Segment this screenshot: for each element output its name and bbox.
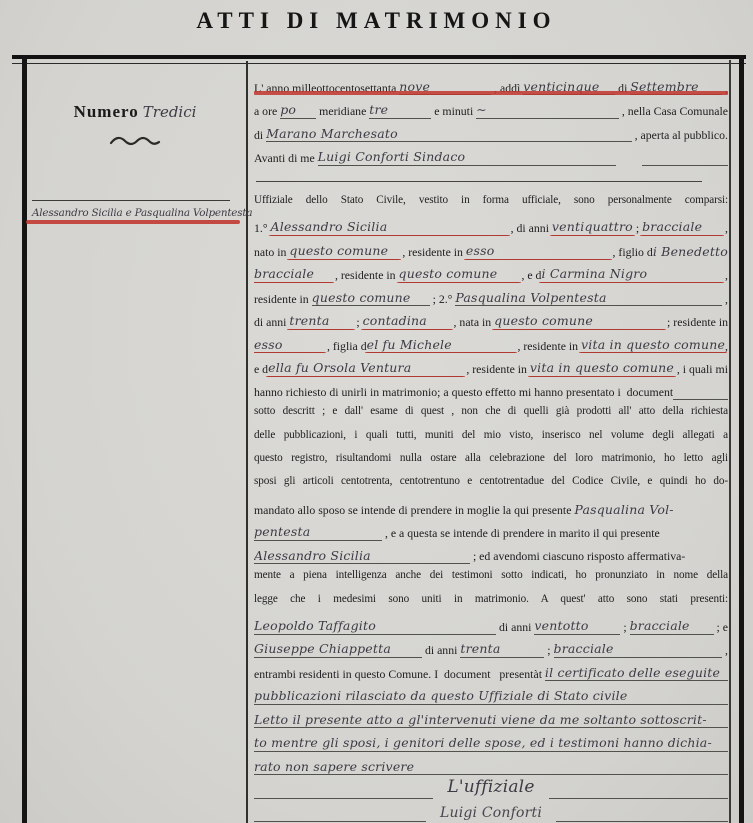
handwritten-text: L'uffiziale <box>433 777 548 798</box>
column-divider <box>246 61 248 823</box>
printed-text: ; <box>544 643 553 658</box>
frame-left-border <box>22 55 27 823</box>
form-line: e della fu Orsola Ventura , residente in… <box>254 353 728 376</box>
scanned-document-page: ATTI DI MATRIMONIO NumeroTredici Alessan… <box>0 0 753 823</box>
document-body: L' anno milleottocentosettanta nove , ad… <box>254 72 728 822</box>
printed-text: , <box>722 221 728 236</box>
form-line: to mentre gli sposi, i genitori delle sp… <box>254 728 728 751</box>
handwritten-text: contadina <box>363 313 451 330</box>
form-line: Avanti di me Luigi Conforti Sindaco <box>254 142 728 165</box>
form-line: di anni trenta ; contadina , nata in que… <box>254 306 728 329</box>
frame-right-inner-border <box>729 60 731 823</box>
handwritten-text: Marano Marchesato <box>266 126 398 143</box>
blank-segment <box>254 821 426 822</box>
handwritten-text: esso <box>466 243 610 260</box>
handwritten-text: venticinque <box>523 79 615 96</box>
printed-text: di <box>254 128 266 143</box>
printed-line: delle pubblicazioni, i quali tutti, muni… <box>254 424 728 447</box>
handwritten-text: questo comune <box>289 243 399 260</box>
handwritten-text: trenta <box>289 313 353 330</box>
form-line: di Marano Marchesato , aperta al pubblic… <box>254 119 728 142</box>
margin-couple-names: Alessandro Sicilia e Pasqualina Volpente… <box>32 207 238 219</box>
handwritten-text: vita in questo comune <box>530 360 674 377</box>
page-title: ATTI DI MATRIMONIO <box>0 8 753 34</box>
handwritten-text: Luigi Conforti <box>426 805 556 823</box>
margin-rule <box>32 200 230 201</box>
frame-right-border <box>739 55 744 823</box>
printed-text: L' anno milleottocentosettanta <box>254 81 399 96</box>
printed-text: 1.° <box>254 221 271 236</box>
handwritten-text: bracciale <box>254 266 332 283</box>
handwritten-text: ventotto <box>534 618 620 635</box>
form-line: Giuseppe Chiappetta di anni trenta ; bra… <box>254 635 728 658</box>
ruled-divider <box>254 166 728 189</box>
printed-text: , nata in <box>451 315 495 330</box>
printed-text: di anni <box>496 620 534 635</box>
handwritten-text: po <box>280 102 316 119</box>
margin-column: NumeroTredici Alessandro Sicilia e Pasqu… <box>32 60 238 219</box>
printed-text: residente in <box>254 292 312 307</box>
form-line: L'uffiziale <box>254 775 728 798</box>
form-line: 1.° Alessandro Sicilia , di anni ventiqu… <box>254 213 728 236</box>
form-line: esso , figlia del fu Michele , residente… <box>254 330 728 353</box>
printed-text: , e a questa se intende di prendere in m… <box>382 526 660 541</box>
handwritten-text: nove <box>399 79 491 96</box>
handwritten-text: pentesta <box>254 524 382 541</box>
handwritten-text: Leopoldo Taffagito <box>254 618 496 635</box>
form-line: pentesta , e a questa se intende di pren… <box>254 517 728 540</box>
printed-text: , <box>722 268 728 283</box>
form-line: hanno richiesto di unirli in matrimonio;… <box>254 377 728 400</box>
handwritten-text: rato non sapere scrivere <box>254 759 474 776</box>
handwritten-text: bracciale <box>642 219 722 236</box>
handwritten-text: bracciale <box>630 618 714 635</box>
handwritten-text: to mentre gli sposi, i genitori delle sp… <box>254 735 728 752</box>
handwritten-text: Alessandro Sicilia <box>271 219 508 236</box>
printed-text: , <box>722 643 728 658</box>
handwritten-text: questo comune <box>312 290 430 307</box>
printed-text: , di anni <box>508 221 552 236</box>
printed-text: , residente in <box>332 268 399 283</box>
handwritten-text: el fu Michele <box>367 337 515 354</box>
handwritten-text: Letto il presente atto a gl'intervenuti … <box>254 712 728 729</box>
printed-text: , <box>722 81 728 96</box>
printed-line: legge che i medesimi sono uniti in matri… <box>254 588 728 611</box>
handwritten-text: esso <box>254 337 324 354</box>
flourish-icon <box>109 136 161 148</box>
printed-text: di anni <box>254 315 289 330</box>
handwritten-text: bracciale <box>554 641 723 658</box>
handwritten-text: ∼ <box>476 102 619 119</box>
printed-text: ; 2.° <box>430 292 456 307</box>
printed-text: , residente in <box>463 362 530 377</box>
handwritten-text: Settembre <box>630 79 722 96</box>
numero-row: NumeroTredici <box>32 102 238 122</box>
printed-text: ; ed avendomi ciascuno risposto affermat… <box>470 549 685 564</box>
printed-text: ; <box>633 221 642 236</box>
numero-value: Tredici <box>139 103 197 121</box>
form-line: residente in questo comune ; 2.° Pasqual… <box>254 283 728 306</box>
form-line: rato non sapere scrivere <box>254 752 728 775</box>
form-line: nato in questo comune , residente in ess… <box>254 236 728 259</box>
printed-text: , nella Casa Comunale <box>619 104 728 119</box>
printed-text: , e d <box>519 268 542 283</box>
printed-text: a ore <box>254 104 280 119</box>
printed-text: e minuti <box>431 104 476 119</box>
form-line: Luigi Conforti <box>254 799 728 822</box>
printed-text: mandato allo sposo se intende di prender… <box>254 503 574 518</box>
form-line: bracciale , residente in questo comune ,… <box>254 260 728 283</box>
printed-line: Uffiziale dello Stato Civile, vestito in… <box>254 189 728 212</box>
printed-text: , residente in <box>515 339 582 354</box>
printed-text: e d <box>254 362 268 377</box>
printed-text: meridiane <box>316 104 369 119</box>
printed-text: di <box>615 81 630 96</box>
printed-text: , figlia d <box>324 339 367 354</box>
printed-text: hanno richiesto di unirli in matrimonio;… <box>254 385 673 400</box>
printed-text: , <box>725 339 728 354</box>
blank-segment <box>432 563 470 564</box>
handwritten-text: tre <box>369 102 431 119</box>
handwritten-text: pubblicazioni rilasciato da questo Uffiz… <box>254 688 728 705</box>
form-line: L' anno milleottocentosettanta nove , ad… <box>254 72 728 95</box>
printed-text: , aperta al pubblico. <box>632 128 728 143</box>
handwritten-text: il certificato delle eseguite <box>545 665 728 682</box>
blank-segment <box>673 399 728 400</box>
handwritten-text: i Carmina Nigro <box>541 266 722 283</box>
printed-text: , i quali mi <box>674 362 728 377</box>
form-line: entrambi residenti in questo Comune. I d… <box>254 658 728 681</box>
handwritten-text: i Benedetto <box>653 244 728 260</box>
handwritten-text: ella fu Orsola Ventura <box>268 360 463 377</box>
printed-text: ; <box>620 620 629 635</box>
printed-text: , residente in <box>399 245 466 260</box>
printed-text: , figlio d <box>610 245 653 260</box>
handwritten-text: vita in questo comune <box>581 337 725 354</box>
printed-text: , addì <box>491 81 523 96</box>
printed-text: entrambi residenti in questo Comune. I d… <box>254 667 545 682</box>
form-line: Alessandro Sicilia ; ed avendomi ciascun… <box>254 541 728 564</box>
printed-text: , <box>722 292 728 307</box>
handwritten-text: Pasqualina Vol- <box>574 502 728 518</box>
printed-line: sotto descritt ; e dall' esame di quest … <box>254 400 728 423</box>
form-line: mandato allo sposo se intende di prender… <box>254 494 728 517</box>
printed-text: ; e <box>714 620 728 635</box>
handwritten-text: questo comune <box>399 266 519 283</box>
printed-line: mente a piena intelligenza anche dei tes… <box>254 564 728 587</box>
handwritten-text: questo comune <box>494 313 664 330</box>
printed-line: questo registro, risultandomi nulla osta… <box>254 447 728 470</box>
form-line: Leopoldo Taffagito di anni ventotto ; br… <box>254 611 728 634</box>
handwritten-text: Luigi Conforti Sindaco <box>318 149 466 166</box>
numero-label: Numero <box>74 102 139 121</box>
printed-text: ; <box>353 315 362 330</box>
printed-text: di anni <box>422 643 460 658</box>
handwritten-text: Giuseppe Chiappetta <box>254 641 422 658</box>
printed-text: Avanti di me <box>254 151 318 166</box>
form-line: pubblicazioni rilasciato da questo Uffiz… <box>254 681 728 704</box>
blank-segment <box>556 821 728 822</box>
printed-text: ; residente in <box>664 315 728 330</box>
form-line: a ore po meridiane tre e minuti ∼ , nell… <box>254 95 728 118</box>
printed-line: sposi gli articoli centotrenta, centotre… <box>254 470 728 493</box>
handwritten-text: trenta <box>460 641 544 658</box>
form-line: Letto il presente atto a gl'intervenuti … <box>254 705 728 728</box>
printed-text: nato in <box>254 245 289 260</box>
handwritten-text: Pasqualina Volpentesta <box>455 290 722 307</box>
handwritten-text: ventiquattro <box>552 219 633 236</box>
handwritten-text: Alessandro Sicilia <box>254 548 432 565</box>
